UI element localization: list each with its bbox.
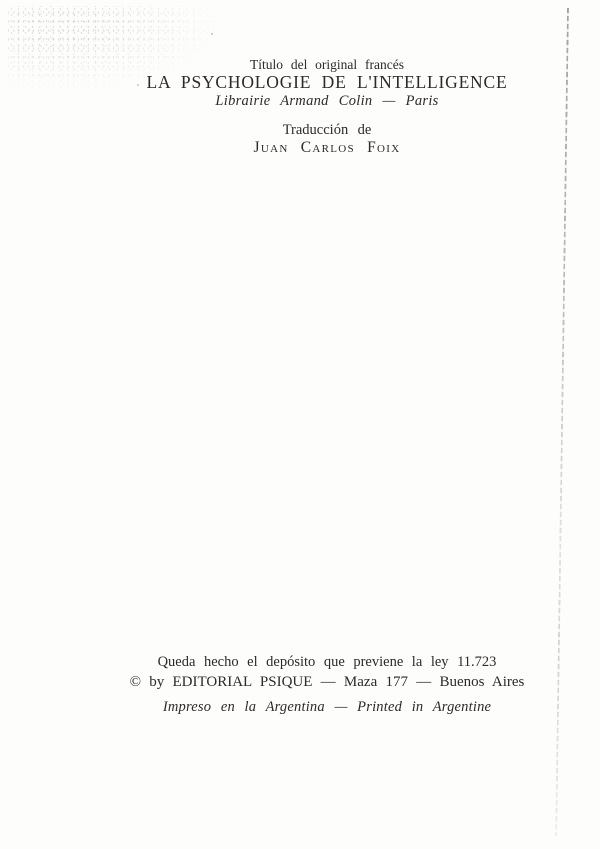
publisher-line: Librairie Armand Colin — Paris: [27, 93, 600, 110]
printed-notice: Impreso en la Argentina — Printed in Arg…: [27, 699, 600, 716]
scan-speck: [211, 33, 213, 35]
original-title: LA PSYCHOLOGIE DE L'INTELLIGENCE: [27, 72, 600, 93]
deposit-notice: Queda hecho el depósito que previene la …: [27, 654, 600, 671]
translator-name: Juan Carlos Foix: [27, 139, 600, 157]
scanned-book-page: Título del original francés LA PSYCHOLOG…: [0, 0, 600, 849]
translation-label: Traducción de: [27, 122, 600, 139]
copyright-line: © by EDITORIAL PSIQUE — Maza 177 — Bueno…: [27, 674, 600, 691]
original-title-label: Título del original francés: [27, 57, 600, 73]
